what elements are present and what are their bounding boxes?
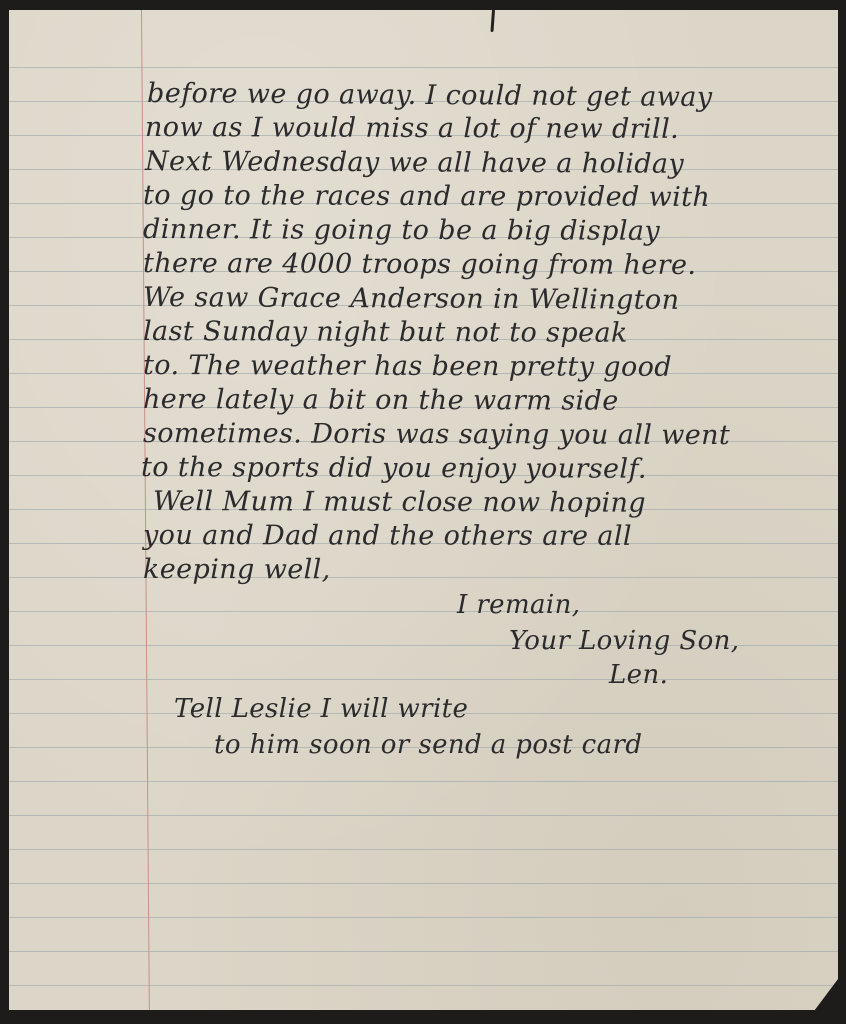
- letter-line: We saw Grace Anderson in Wellington: [143, 284, 680, 314]
- letter-line: sometimes. Doris was saying you all went: [143, 420, 730, 449]
- ruled-line: [9, 883, 838, 884]
- signature: Len.: [609, 662, 668, 688]
- letter-line: last Sunday night but not to speak: [143, 318, 628, 347]
- letter-line: you and Dad and the others are all: [143, 522, 632, 550]
- ruled-line: [9, 917, 838, 918]
- postscript-line: Tell Leslie I will write: [174, 696, 468, 722]
- letter-line: here lately a bit on the warm side: [143, 386, 619, 415]
- ruled-line: [9, 781, 838, 782]
- closing-line: Your Loving Son,: [509, 628, 739, 654]
- letter-line: to go to the races and are provided with: [143, 182, 710, 211]
- ruled-line: [9, 67, 838, 68]
- postscript-line: to him soon or send a post card: [214, 732, 642, 758]
- letter-line: now as I would miss a lot of new drill.: [145, 114, 679, 143]
- ruled-line: [9, 815, 838, 816]
- ruled-line: [9, 577, 838, 578]
- letter-line: before we go away. I could not get away: [147, 80, 713, 111]
- letter-line: Well Mum I must close now hoping: [153, 488, 646, 517]
- ruled-line: [9, 679, 838, 680]
- ruled-line: [9, 849, 838, 850]
- ruled-line: [9, 611, 838, 612]
- letter-line: to. The weather has been pretty good: [143, 352, 672, 381]
- ruled-line: [9, 951, 838, 952]
- letter-line: Next Wednesday we all have a holiday: [145, 148, 684, 178]
- letter-line: dinner. It is going to be a big display: [143, 216, 660, 245]
- letter-line: keeping well,: [143, 556, 331, 583]
- ruled-line: [9, 985, 838, 986]
- closing-line: I remain,: [457, 592, 580, 618]
- letter-line: there are 4000 troops going from here.: [143, 250, 696, 279]
- letter-page: before we go away. I could not get away …: [9, 10, 838, 1010]
- letter-line: to the sports did you enjoy yourself.: [141, 454, 647, 483]
